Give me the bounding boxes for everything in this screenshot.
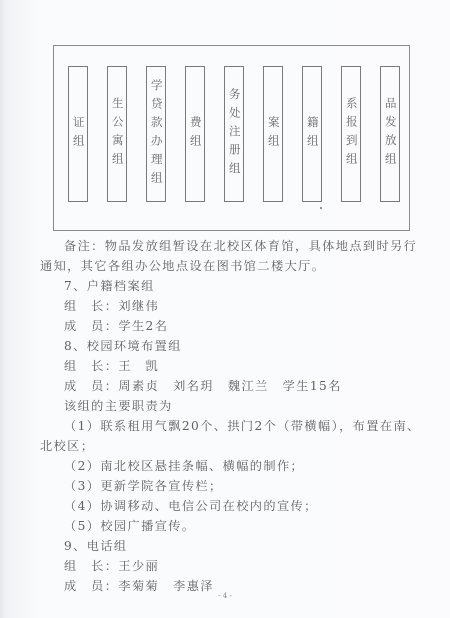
leader-label: 组 长： <box>64 559 118 573</box>
note-line-2: 通知，其它各组办公地点设在图书馆二楼大厅。 <box>40 256 410 276</box>
note-line-1: 备注：物品发放组暂设在北校区体育馆，具体地点到时另行 <box>40 236 410 256</box>
members-label: 成 员： <box>64 379 118 393</box>
member-name: 魏江兰 <box>228 379 269 393</box>
duty-item: （5）校园广播宣传。 <box>40 516 410 536</box>
leader-name: 刘继伟 <box>118 299 159 313</box>
body-text: 备注：物品发放组暂设在北校区体育馆，具体地点到时另行 通知，其它各组办公地点设在… <box>40 236 410 596</box>
org-box: 证组 <box>68 66 88 202</box>
section-7-members: 成 员：学生2名 <box>40 316 410 336</box>
org-box-label: 学贷款办理组 <box>150 79 162 190</box>
org-box-label: 证组 <box>72 116 84 153</box>
duty-item-continuation: 北校区； <box>40 436 410 456</box>
org-box: 务处注册组 <box>224 66 244 202</box>
section-7-leader: 组 长：刘继伟 <box>40 296 410 316</box>
member-name: 周素贞 <box>118 379 159 393</box>
member-name: 刘名玥 <box>173 379 214 393</box>
org-box: 系报到组 <box>341 66 361 202</box>
org-box: 生公寓组 <box>107 66 127 202</box>
org-box: 费组 <box>185 66 205 202</box>
members-label: 成 员： <box>64 579 118 593</box>
org-box: 品发放组 <box>380 66 400 202</box>
section-7-title: 7、户籍档案组 <box>40 276 410 296</box>
members-value: 学生2名 <box>118 319 168 333</box>
member-name: 李菊菊 <box>118 579 159 593</box>
org-box-label: 案组 <box>267 116 279 153</box>
members-label: 成 员： <box>64 319 118 333</box>
leader-label: 组 长： <box>64 359 118 373</box>
section-8-members: 成 员：周素贞刘名玥魏江兰学生15名 <box>40 376 410 396</box>
section-9-title: 9、电话组 <box>40 536 410 556</box>
member-name: 李惠泽 <box>173 579 214 593</box>
section-8-leader: 组 长：王 凯 <box>40 356 410 376</box>
section-8-duties-intro: 该组的主要职责为 <box>40 396 410 416</box>
org-chart-frame: 证组 生公寓组 学贷款办理组 费组 务处注册组 案组 籍组 系报到组 品发放组 <box>53 45 410 231</box>
document-page: 证组 生公寓组 学贷款办理组 费组 务处注册组 案组 籍组 系报到组 品发放组 … <box>0 0 450 618</box>
org-box: 籍组 <box>302 66 322 202</box>
section-8-title: 8、校园环境布置组 <box>40 336 410 356</box>
duty-item: （1）联系租用气飘20个、拱门2个（带横幅），布置在南、 <box>40 416 410 436</box>
org-box-label: 系报到组 <box>345 97 357 171</box>
org-box: 案组 <box>263 66 283 202</box>
org-box-label: 费组 <box>189 116 201 153</box>
member-name: 学生15名 <box>283 379 342 393</box>
leader-label: 组 长： <box>64 299 118 313</box>
duty-item: （2）南北校区悬挂条幅、横幅的制作； <box>40 456 410 476</box>
page-number: - 4 - <box>0 592 450 600</box>
duty-item: （4）协调移动、电信公司在校内的宣传； <box>40 496 410 516</box>
duty-item: （3）更新学院各宣传栏； <box>40 476 410 496</box>
org-box-label: 务处注册组 <box>228 88 240 181</box>
section-9-leader: 组 长：王少丽 <box>40 556 410 576</box>
org-box-label: 生公寓组 <box>111 97 123 171</box>
org-box-label: 籍组 <box>306 116 318 153</box>
org-box-label: 品发放组 <box>384 97 396 171</box>
leader-name: 王少丽 <box>118 559 159 573</box>
scan-speck <box>320 207 322 209</box>
leader-name: 王 凯 <box>118 359 159 373</box>
org-box: 学贷款办理组 <box>146 66 166 202</box>
